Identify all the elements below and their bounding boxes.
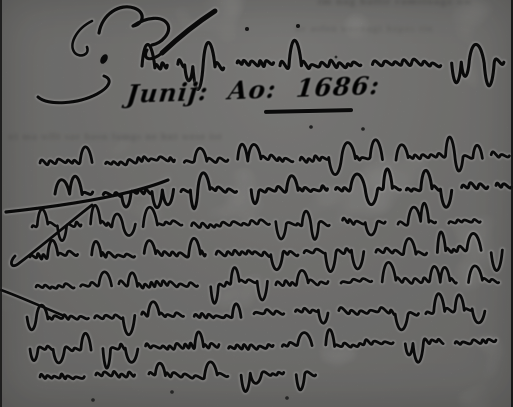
ink-halo-group [1, 7, 512, 394]
handwriting-body-line-4 [30, 231, 503, 277]
paraph-zigzag [99, 7, 169, 45]
handwriting-body-line-6 [27, 293, 485, 336]
handwriting-body-line-1 [40, 136, 510, 179]
year-underline [264, 108, 353, 113]
margin-sweep-2 [11, 205, 92, 266]
paraph-teardrop [99, 53, 110, 65]
margin-sweep-3 [1, 290, 62, 315]
margin-sweep-2 [11, 205, 92, 266]
paraph-quill-return [146, 50, 162, 59]
paraph-left-hook [72, 21, 92, 55]
paraph-quill-stroke [162, 11, 215, 53]
handwriting-body-line-3 [32, 200, 481, 244]
handwriting-body-line-8 [40, 361, 316, 394]
handwriting-body-line-2 [55, 167, 512, 213]
handwriting-body-line-6 [27, 293, 485, 336]
handwriting-body-line-5 [36, 261, 499, 306]
handwriting-ink-layer [0, 0, 513, 407]
handwriting-body-line-4 [30, 231, 503, 277]
ink-dot [296, 24, 300, 28]
print-bleedthrough-row: ur asfen wernagt hepes tin [295, 24, 513, 34]
ink-dot [91, 398, 95, 402]
margin-sweep-1 [6, 180, 168, 212]
ink-stroke-group [1, 7, 512, 402]
date-year-line: Junij: Ao: 1686: [125, 73, 381, 107]
paraph-under-sweep [38, 76, 109, 103]
paraph-zigzag [99, 7, 169, 45]
handwriting-body-line-3 [32, 200, 481, 244]
paper-grain-overlay [0, 0, 513, 407]
ink-dot [245, 27, 249, 31]
manuscript-page: nt ma wllt sar hasn lamgs ne hut wese is… [0, 0, 513, 407]
ink-dot [361, 127, 365, 131]
print-bleedthrough-row: nt ma wllt sar hasn lamgs ne hut wese is… [8, 132, 360, 142]
ink-dot [170, 390, 174, 394]
print-bleedthrough-row: im nag hallir ramstoagz nw [318, 0, 513, 7]
paraph-quill-return [146, 50, 162, 59]
handwriting-body-line-7 [30, 327, 496, 369]
paraph-under-sweep [38, 76, 109, 103]
ink-dot [309, 125, 313, 129]
handwriting-body-line-5 [36, 261, 499, 306]
ink-dot [285, 396, 289, 400]
margin-sweep-1 [6, 180, 168, 212]
handwriting-body-line-2 [55, 167, 512, 213]
handwriting-body-line-1 [40, 136, 510, 179]
margin-sweep-3 [1, 290, 62, 315]
scan-edge-left [0, 0, 2, 407]
handwriting-body-line-7 [30, 327, 496, 369]
paraph-left-hook [72, 21, 92, 55]
paraph-quill-stroke [162, 11, 215, 53]
handwriting-body-line-8 [40, 361, 316, 394]
ink-dot [335, 56, 338, 59]
